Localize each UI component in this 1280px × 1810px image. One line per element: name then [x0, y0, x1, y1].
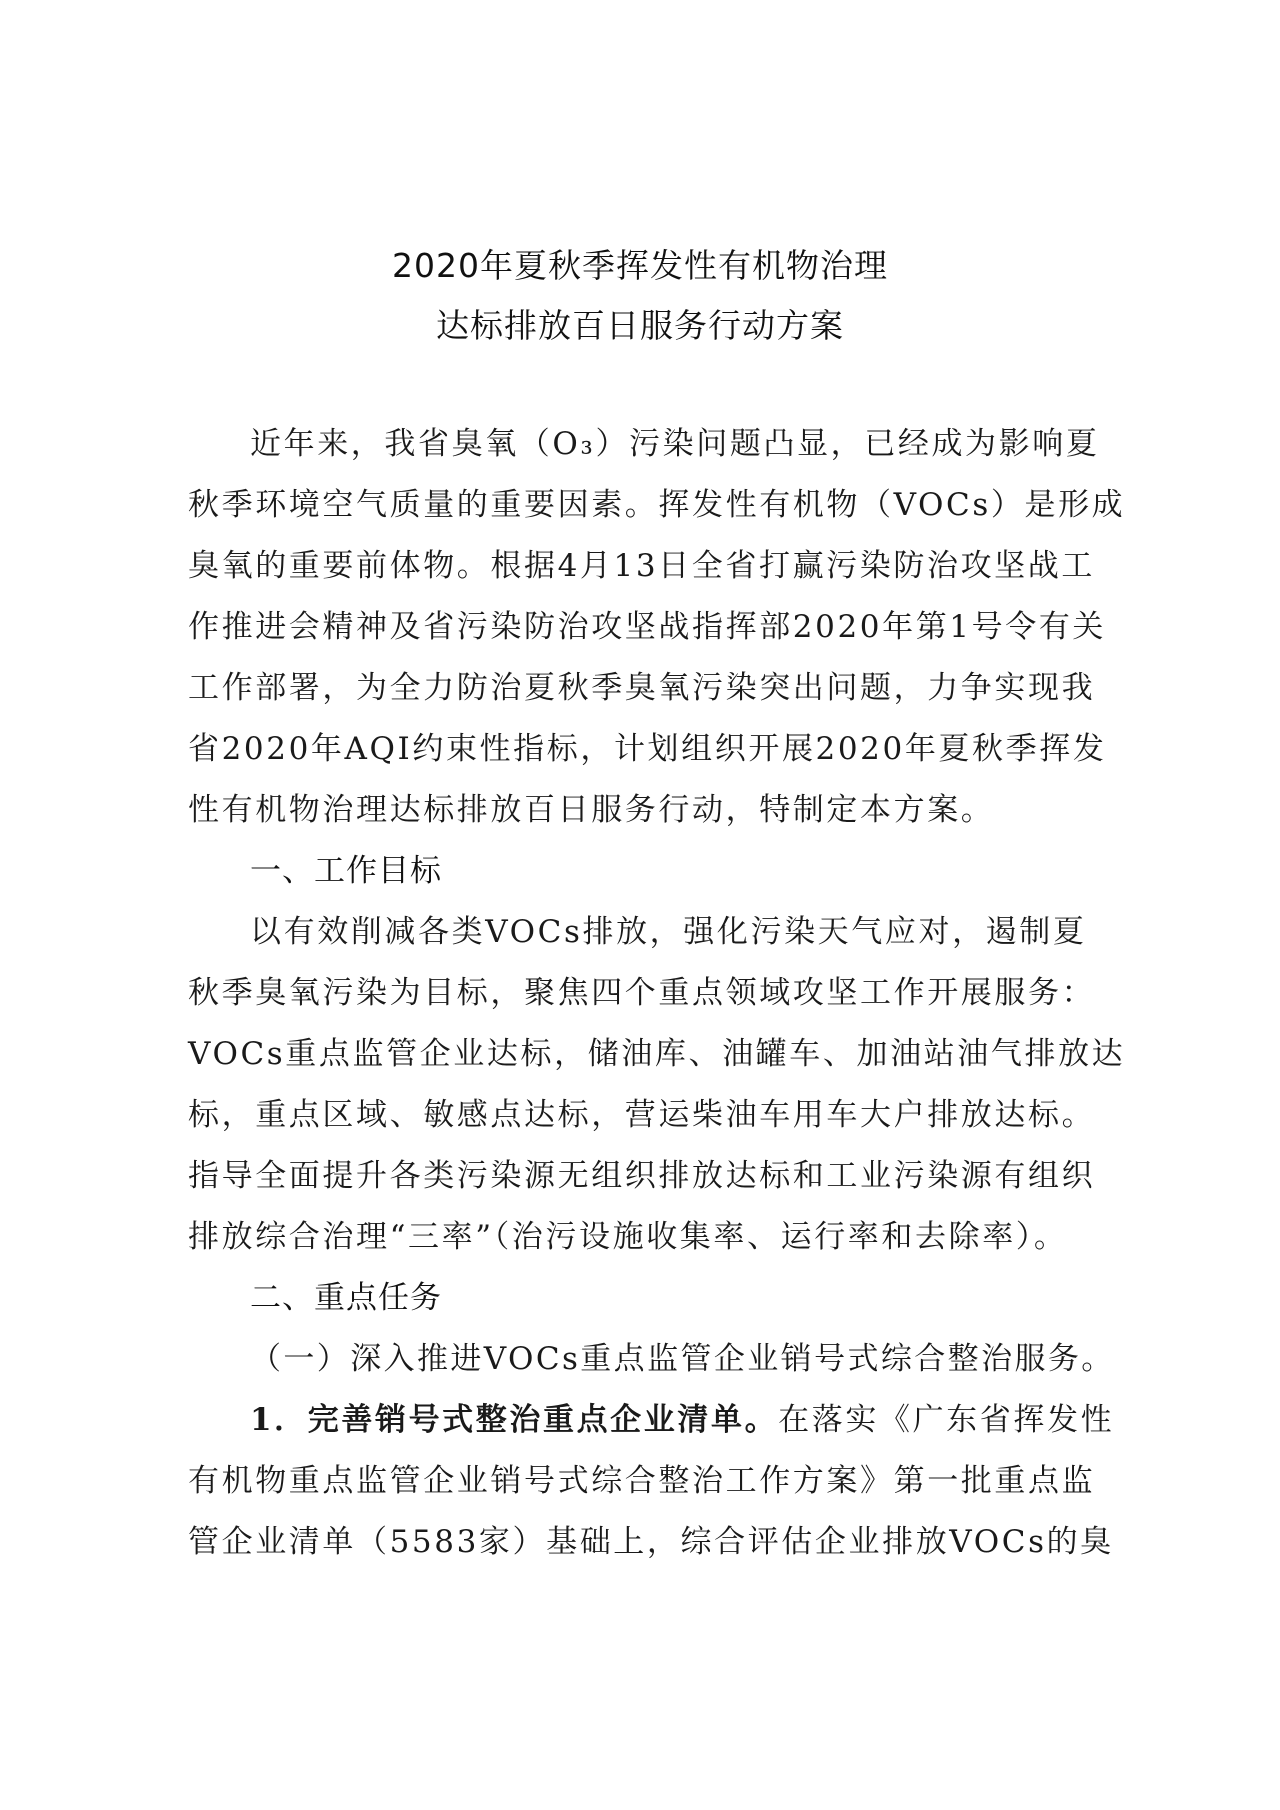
section-heading-key-tasks: 二、重点任务 — [188, 1268, 1113, 1329]
paragraph-line: 性有机物治理达标排放百日服务行动，特制定本方案。 — [188, 780, 1113, 841]
paragraph-line: 管企业清单（5583家）基础上，综合评估企业排放VOCs的臭 — [188, 1512, 1113, 1573]
paragraph-line: 臭氧的重要前体物。根据4月13日全省打赢污染防治攻坚战工 — [188, 536, 1113, 597]
paragraph-line: 近年来，我省臭氧（O₃）污染问题凸显，已经成为影响夏 — [188, 414, 1113, 475]
document-body: 近年来，我省臭氧（O₃）污染问题凸显，已经成为影响夏 秋季环境空气质量的重要因素… — [188, 414, 1113, 1573]
task-item-1-lead-rest: 在落实《广东省挥发性 — [778, 1402, 1114, 1438]
paragraph-line: 以有效削减各类VOCs排放，强化污染天气应对，遏制夏 — [188, 902, 1113, 963]
intro-paragraph: 近年来，我省臭氧（O₃）污染问题凸显，已经成为影响夏 秋季环境空气质量的重要因素… — [188, 414, 1113, 841]
section-heading-work-goals: 一、工作目标 — [188, 841, 1113, 902]
task-item-1-lead: 1．完善销号式整治重点企业清单。 — [250, 1402, 778, 1438]
paragraph-line: 有机物重点监管企业销号式综合整治工作方案》第一批重点监 — [188, 1451, 1113, 1512]
paragraph-line: 秋季环境空气质量的重要因素。挥发性有机物（VOCs）是形成 — [188, 475, 1113, 536]
subsection-heading: （一）深入推进VOCs重点监管企业销号式综合整治服务。 — [188, 1329, 1113, 1390]
title-line-2: 达标排放百日服务行动方案 — [0, 296, 1280, 356]
paragraph-line: 省2020年AQI约束性指标，计划组织开展2020年夏秋季挥发 — [188, 719, 1113, 780]
paragraph-line: 工作部署，为全力防治夏秋季臭氧污染突出问题，力争实现我 — [188, 658, 1113, 719]
paragraph-line: 秋季臭氧污染为目标，聚焦四个重点领域攻坚工作开展服务： — [188, 963, 1113, 1024]
title-line-1: 2020年夏秋季挥发性有机物治理 — [0, 236, 1280, 296]
paragraph-line: 1．完善销号式整治重点企业清单。在落实《广东省挥发性 — [188, 1390, 1113, 1451]
paragraph-line: VOCs重点监管企业达标，储油库、油罐车、加油站油气排放达 — [188, 1024, 1113, 1085]
paragraph-line: 指导全面提升各类污染源无组织排放达标和工业污染源有组织 — [188, 1146, 1113, 1207]
goals-paragraph: 以有效削减各类VOCs排放，强化污染天气应对，遏制夏 秋季臭氧污染为目标，聚焦四… — [188, 902, 1113, 1268]
document-title: 2020年夏秋季挥发性有机物治理 达标排放百日服务行动方案 — [0, 236, 1280, 356]
paragraph-line: 作推进会精神及省污染防治攻坚战指挥部2020年第1号令有关 — [188, 597, 1113, 658]
task-item-1: 1．完善销号式整治重点企业清单。在落实《广东省挥发性 有机物重点监管企业销号式综… — [188, 1390, 1113, 1573]
paragraph-line: 排放综合治理“三率”（治污设施收集率、运行率和去除率）。 — [188, 1207, 1113, 1268]
document-page: 2020年夏秋季挥发性有机物治理 达标排放百日服务行动方案 近年来，我省臭氧（O… — [0, 0, 1280, 1810]
paragraph-line: 标，重点区域、敏感点达标，营运柴油车用车大户排放达标。 — [188, 1085, 1113, 1146]
